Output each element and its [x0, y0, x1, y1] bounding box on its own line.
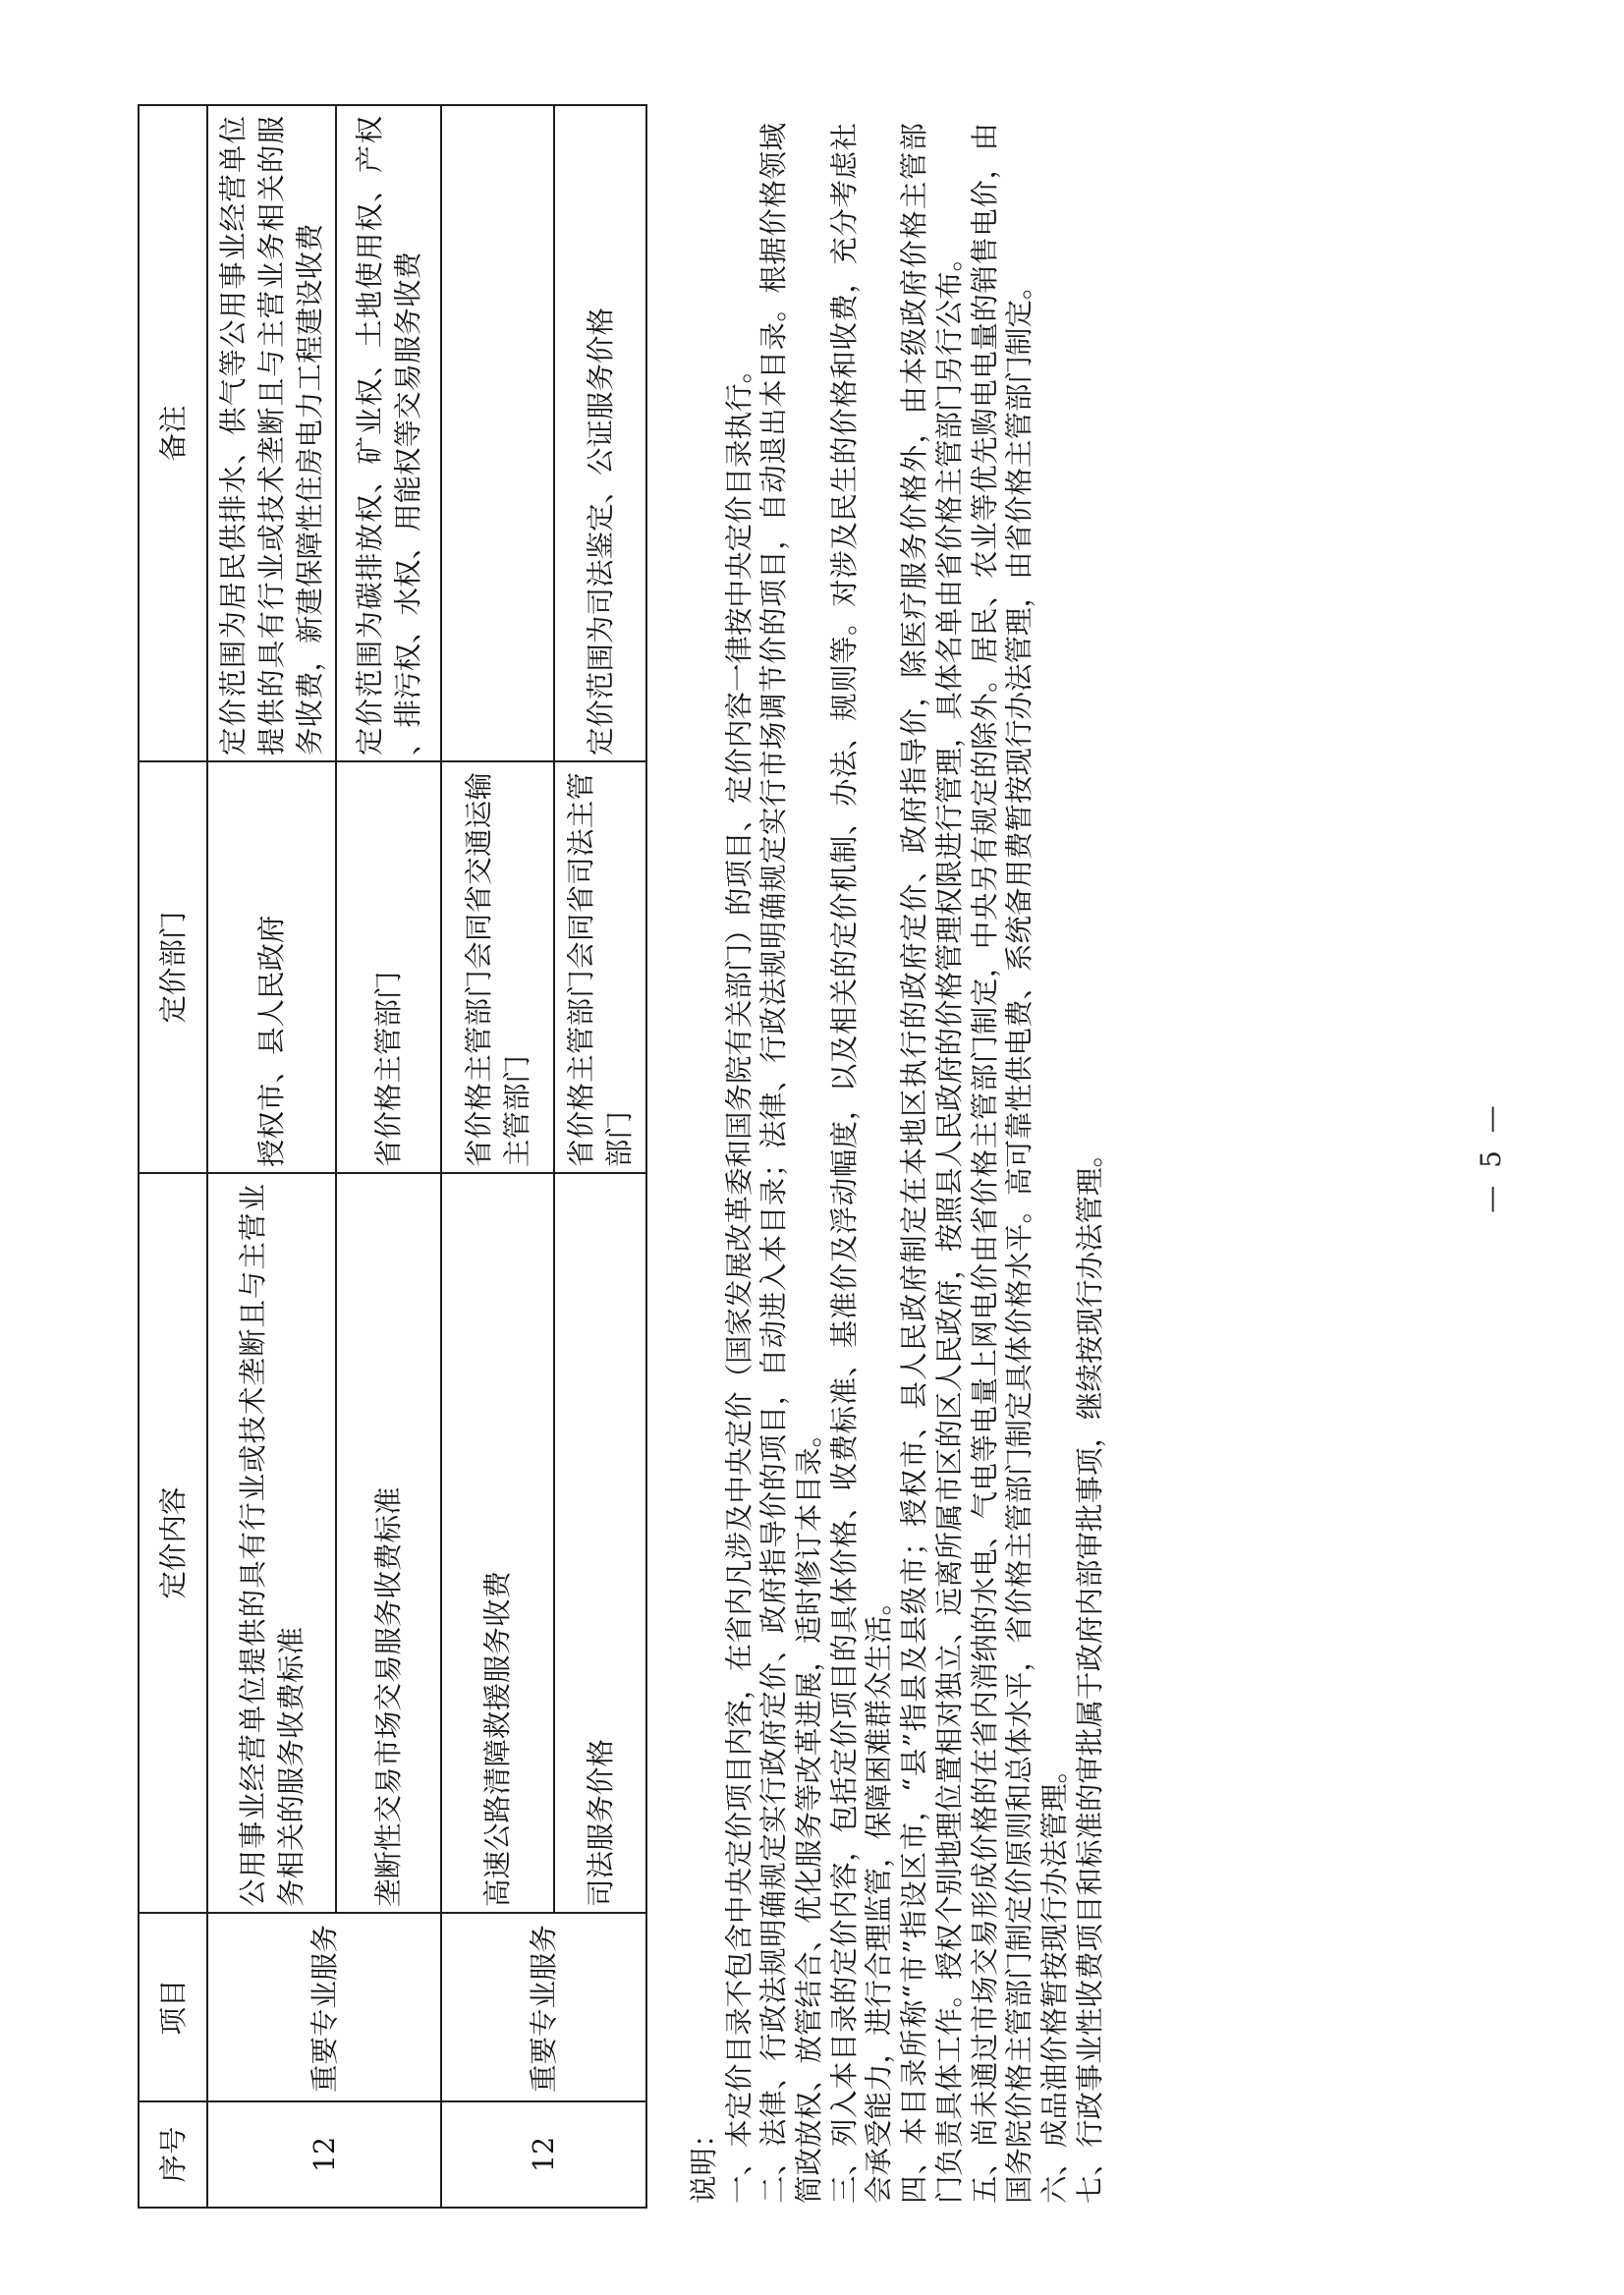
- department-line: 部门: [600, 772, 639, 1167]
- note-line: 一、本定价目录不包含中央定价项目内容，在省内凡涉及中央定价（国家发展改革委和国务…: [722, 123, 757, 2204]
- note-line: 门负责具体工作。授权个别地理位置相对独立、远离所属市区的区人民政府，按照县人民政…: [932, 123, 968, 2204]
- cell-content: 司法服务价格: [554, 1173, 646, 1913]
- content-line: 司法服务价格: [582, 1184, 620, 1907]
- content-line: 务相关的服务收费标准: [272, 1184, 310, 1907]
- cell-remark: 定价范围为居民供排水、供气等公用事业经营单位 提供的具有行业或技术垄断且与主营业…: [207, 105, 336, 761]
- remark-line: 、排污权、水权、用能权等交易服务收费: [389, 116, 427, 756]
- cell-department: 省价格主管部门: [336, 761, 441, 1173]
- note-line: 会承受能力，进行合理监管，保障困难群众生活。: [862, 123, 897, 2204]
- department-line: 授权市、县人民政府: [252, 772, 291, 1167]
- note-line: 二、法律、行政法规明确规定实行政府定价、政府指导价的项目，自动进入本目录；法律、…: [756, 123, 792, 2204]
- note-line: 五、尚未通过市场交易形成价格的在省内消纳的水电、气电等电量上网电价由省价格主管部…: [968, 123, 1003, 2204]
- note-line: 七、行政事业性收费项目和标准的审批属于政府内部审批事项，继续按现行办法管理。: [1073, 123, 1108, 2204]
- remark-line: 务收费，新建保障性住房电力工程建设收费: [291, 116, 329, 756]
- pricing-catalog-table: 序号 项目 定价内容 定价部门 备注 12 重要专业服务 公用事业经营单位提供的…: [138, 104, 647, 2209]
- header-content: 定价内容: [139, 1173, 207, 1913]
- table-row: 12 重要专业服务 高速公路清障救援服务收费 省价格主管部门会同省交通运输 主管…: [441, 105, 554, 2208]
- remark-line: 定价范围为司法鉴定、公证服务价格: [582, 116, 620, 756]
- department-line: 省价格主管部门: [369, 772, 408, 1167]
- cell-item: 重要专业服务: [207, 1913, 441, 2101]
- cell-department: 省价格主管部门会同省司法主管 部门: [554, 761, 646, 1173]
- table-row: 12 重要专业服务 公用事业经营单位提供的具有行业或技术垄断且与主营业 务相关的…: [207, 105, 336, 2208]
- cell-item: 重要专业服务: [441, 1913, 646, 2101]
- item-name: 重要专业服务: [525, 1924, 563, 2093]
- cell-content: 高速公路清障救援服务收费: [441, 1173, 554, 1913]
- cell-no: 12: [441, 2101, 646, 2208]
- department-line: 省价格主管部门会同省交通运输: [460, 772, 498, 1167]
- department-line: 主管部门: [498, 772, 536, 1167]
- cell-remark: 定价范围为司法鉴定、公证服务价格: [554, 105, 646, 761]
- cell-no: 12: [207, 2101, 441, 2208]
- note-line: 四、本目录所称“市”指设区市，“县”指县及县级市；授权市、县人民政府制定在本地区…: [897, 123, 932, 2204]
- remark-line: 定价范围为居民供排水、供气等公用事业经营单位: [214, 116, 252, 756]
- note-line: 三、列入本目录的定价内容，包括定价项目的具体价格、收费标准、基准价及浮动幅度，以…: [827, 123, 863, 2204]
- cell-content: 垄断性交易市场交易服务收费标准: [336, 1173, 441, 1913]
- row-number: 12: [525, 2102, 563, 2207]
- header-department: 定价部门: [139, 761, 207, 1173]
- remark-line: 定价范围为碳排放权、矿业权、土地使用权、产权: [351, 116, 389, 756]
- table-row: 垄断性交易市场交易服务收费标准 省价格主管部门 定价范围为碳排放权、矿业权、土地…: [336, 105, 441, 2208]
- department-line: 省价格主管部门会同省司法主管: [562, 772, 600, 1167]
- page-number: — 5 —: [1474, 24, 1509, 2295]
- row-number: 12: [306, 2102, 344, 2207]
- cell-department: 省价格主管部门会同省交通运输 主管部门: [441, 761, 554, 1173]
- header-no: 序号: [139, 2101, 207, 2208]
- item-name: 重要专业服务: [306, 1924, 344, 2093]
- cell-remark-empty: [441, 105, 554, 761]
- table-row: 司法服务价格 省价格主管部门会同省司法主管 部门 定价范围为司法鉴定、公证服务价…: [554, 105, 646, 2208]
- header-item: 项目: [139, 1913, 207, 2101]
- note-line: 六、成品油价格暂按现行办法管理。: [1037, 123, 1073, 2204]
- header-remark: 备注: [139, 105, 207, 761]
- note-line: 国务院价格主管部门制定价原则和总体水平，省价格主管部门制定具体价格水平。高可靠性…: [1002, 123, 1037, 2204]
- cell-remark: 定价范围为碳排放权、矿业权、土地使用权、产权 、排污权、水权、用能权等交易服务收…: [336, 105, 441, 761]
- content-line: 高速公路清障救援服务收费: [478, 1184, 517, 1907]
- cell-content: 公用事业经营单位提供的具有行业或技术垄断且与主营业 务相关的服务收费标准: [207, 1173, 336, 1913]
- content-line: 公用事业经营单位提供的具有行业或技术垄断且与主营业: [234, 1184, 272, 1907]
- remark-line: 提供的具有行业或技术垄断且与主营业务相关的服: [252, 116, 291, 756]
- notes-section: 说明： 一、本定价目录不包含中央定价项目内容，在省内凡涉及中央定价（国家发展改革…: [687, 123, 1107, 2204]
- table-header-row: 序号 项目 定价内容 定价部门 备注: [139, 105, 207, 2208]
- note-line: 简政放权、放管结合、优化服务等改革进展，适时修订本目录。: [792, 123, 827, 2204]
- cell-department: 授权市、县人民政府: [207, 761, 336, 1173]
- content-line: 垄断性交易市场交易服务收费标准: [369, 1184, 408, 1907]
- notes-title: 说明：: [687, 123, 722, 2204]
- document-page: 序号 项目 定价内容 定价部门 备注 12 重要专业服务 公用事业经营单位提供的…: [0, 0, 1624, 2295]
